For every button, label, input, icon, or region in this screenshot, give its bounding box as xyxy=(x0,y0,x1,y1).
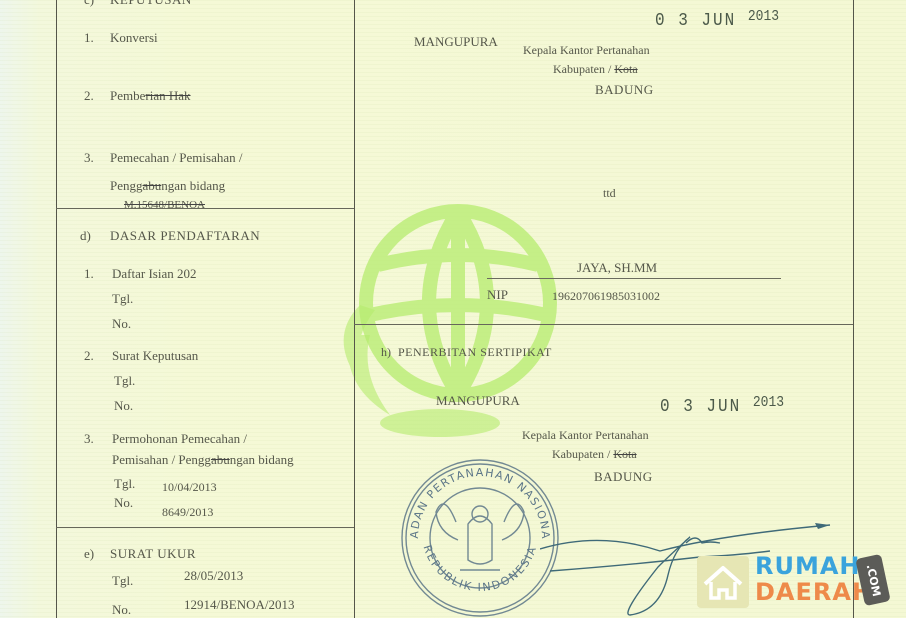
item-daftar-isian: Daftar Isian 202 xyxy=(112,266,196,282)
watermark-word2: DAERAH xyxy=(755,580,873,604)
divider-d-e xyxy=(56,527,354,528)
item-num: 1. xyxy=(84,30,94,46)
item-num: 3. xyxy=(84,431,94,447)
stamp-month: JUN xyxy=(706,396,741,417)
house-icon xyxy=(697,556,749,608)
struck-text: Kota xyxy=(613,447,636,461)
struck-text: abu xyxy=(143,178,162,193)
right-border xyxy=(853,0,854,618)
office-title: Kepala Kantor Pertanahan xyxy=(523,43,650,58)
no-label: No. xyxy=(112,316,131,332)
text: Pemisahan / Pengg xyxy=(112,452,211,467)
place-name: MANGUPURA xyxy=(414,34,498,50)
text: Pengg xyxy=(110,178,143,193)
office-kabupaten: Kabupaten / Kota xyxy=(552,447,637,462)
divider-g-h xyxy=(354,324,853,325)
column-divider xyxy=(354,0,355,618)
nip-label: NIP xyxy=(487,287,508,303)
struck-text: rian xyxy=(145,88,165,103)
section-e-title: SURAT UKUR xyxy=(110,546,196,562)
item-num: 3. xyxy=(84,150,94,166)
section-d-title: DASAR PENDAFTARAN xyxy=(110,228,260,244)
item-num: 1. xyxy=(84,266,94,282)
watermark-word1: RUMAH xyxy=(755,554,861,578)
stamp-year: 2013 xyxy=(753,394,784,411)
text: Kabupaten / xyxy=(553,62,614,76)
item-surat-keputusan: Surat Keputusan xyxy=(112,348,198,364)
struck-reference: M.15648/BENOA xyxy=(124,199,205,211)
no-label: No. xyxy=(114,495,133,511)
tld-text: .COM xyxy=(863,563,882,598)
struck-text: Kota xyxy=(614,62,637,76)
section-h-label: h) xyxy=(381,345,391,360)
divider-c-d xyxy=(56,208,354,209)
left-border xyxy=(56,0,57,618)
section-h-title: PENERBITAN SERTIPIKAT xyxy=(398,345,552,360)
item-pemecahan: Pemecahan / Pemisahan / xyxy=(110,150,243,166)
text: ngan bidang xyxy=(230,452,294,467)
office-kabupaten: Kabupaten / Kota xyxy=(553,62,638,77)
section-c-label: c) xyxy=(84,0,94,8)
tgl-label: Tgl. xyxy=(112,291,133,307)
no-value: 8649/2013 xyxy=(162,505,213,520)
item-konversi: Konversi xyxy=(110,30,158,46)
stamp-day: 0 3 xyxy=(655,10,690,31)
date-stamp: 0 3 JUN 2013 xyxy=(655,8,779,31)
official-seal-icon: BADAN PERTANAHAN NASIONAL REPUBLIK INDON… xyxy=(396,452,564,618)
no-label: No. xyxy=(114,398,133,414)
site-watermark-logo: RUMAH DAERAH .COM xyxy=(697,550,897,614)
item-penggabungan: Penggabungan bidang xyxy=(110,178,225,194)
item-num: 2. xyxy=(84,348,94,364)
item-num: 2. xyxy=(84,88,94,104)
tgl-label: Tgl. xyxy=(112,573,133,589)
office-title: Kepala Kantor Pertanahan xyxy=(522,428,649,443)
item-pemisahan-penggabungan: Pemisahan / Penggabungan bidang xyxy=(112,452,294,468)
tgl-label: Tgl. xyxy=(114,373,135,389)
struck-text: abu xyxy=(211,452,230,467)
item-pemberian-hak: Pemberian Hak xyxy=(110,88,191,104)
stamp-year: 2013 xyxy=(748,8,779,25)
section-d-label: d) xyxy=(80,228,91,244)
date-stamp: 0 3 JUN 2013 xyxy=(660,394,784,417)
svg-text:REPUBLIK INDONESIA: REPUBLIK INDONESIA xyxy=(421,543,540,594)
section-c-title: KEPUTUSAN xyxy=(110,0,192,8)
stamp-day: 0 3 xyxy=(660,396,695,417)
regency-name: BADUNG xyxy=(594,469,653,485)
place-name: MANGUPURA xyxy=(436,393,520,409)
ttd-mark: ttd xyxy=(603,186,616,201)
text: Pembe xyxy=(110,88,145,103)
regency-name: BADUNG xyxy=(595,82,654,98)
surat-ukur-date: 28/05/2013 xyxy=(184,568,243,584)
no-label: No. xyxy=(112,602,131,618)
signature-line xyxy=(487,278,781,279)
official-name: JAYA, SH.MM xyxy=(577,260,657,276)
text: ngan bidang xyxy=(161,178,225,193)
tgl-label: Tgl. xyxy=(114,476,135,492)
struck-text: Hak xyxy=(166,88,191,103)
nip-value: 196207061985031002 xyxy=(552,289,660,304)
tgl-value: 10/04/2013 xyxy=(162,480,217,495)
section-e-label: e) xyxy=(84,546,94,562)
stamp-month: JUN xyxy=(701,10,736,31)
surat-ukur-number: 12914/BENOA/2013 xyxy=(184,597,295,613)
item-permohonan: Permohonan Pemecahan / xyxy=(112,431,247,447)
